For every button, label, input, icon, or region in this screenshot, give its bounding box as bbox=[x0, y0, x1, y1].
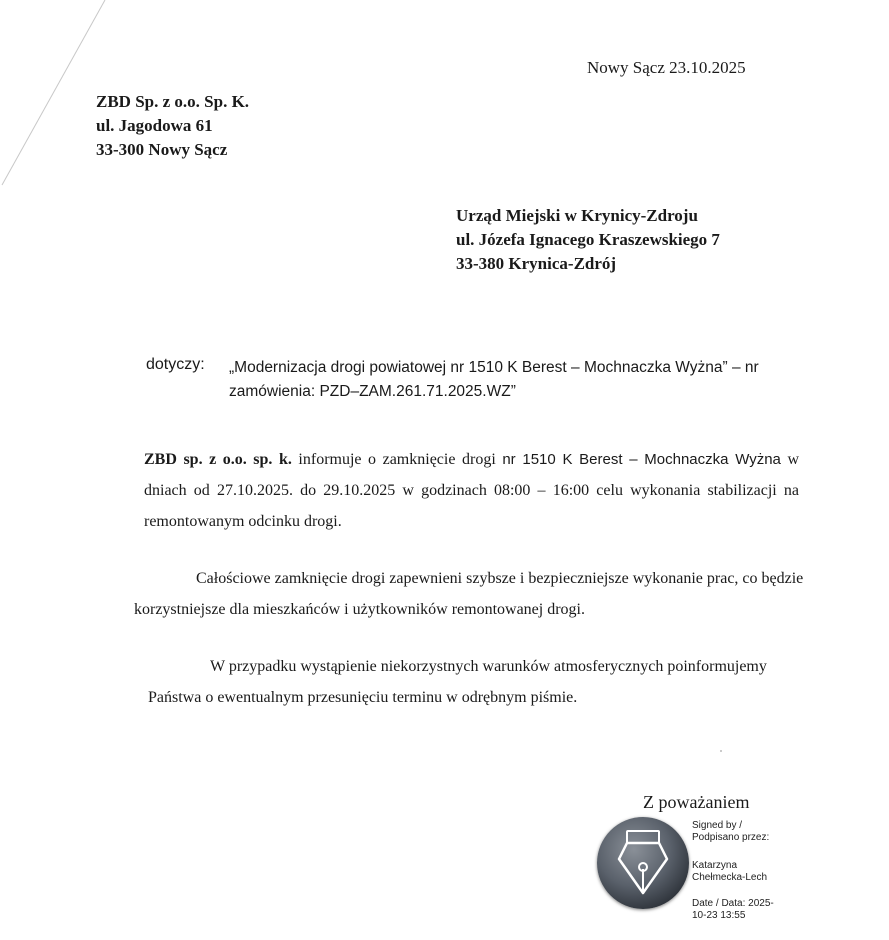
place-date: Nowy Sącz 23.10.2025 bbox=[587, 58, 746, 78]
subject-line: „Modernizacja drogi powiatowej nr 1510 K… bbox=[229, 356, 799, 380]
signed-by-line: Signed by / bbox=[692, 820, 769, 832]
sender-address: ZBD Sp. z o.o. Sp. K. ul. Jagodowa 61 33… bbox=[96, 90, 249, 162]
signed-by-line: Podpisano przez: bbox=[692, 832, 769, 844]
subject-text: „Modernizacja drogi powiatowej nr 1510 K… bbox=[229, 356, 799, 404]
road-name: nr 1510 K Berest – Mochnaczka Wyżna bbox=[502, 451, 781, 468]
paragraph-closure-notice: ZBD sp. z o.o. sp. k. informuje o zamkni… bbox=[144, 444, 799, 537]
fountain-pen-nib-icon bbox=[615, 829, 671, 897]
paragraph-text: informuje o zamknięcie drogi bbox=[292, 451, 502, 468]
company-name: ZBD sp. z o.o. sp. k. bbox=[144, 451, 292, 468]
signature-date-line: 10-23 13:55 bbox=[692, 910, 774, 922]
closing-salutation: Z poważaniem bbox=[643, 792, 749, 813]
signer-name-line: Katarzyna bbox=[692, 860, 767, 872]
paragraph-weather-notice: W przypadku wystąpienie niekorzystnych w… bbox=[148, 651, 808, 713]
scan-speck bbox=[720, 750, 722, 752]
recipient-line: 33-380 Krynica-Zdrój bbox=[456, 252, 720, 276]
subject-line: zamówienia: PZD–ZAM.261.71.2025.WZ” bbox=[229, 380, 799, 404]
signer-name-line: Chełmecka-Lech bbox=[692, 872, 767, 884]
recipient-line: ul. Józefa Ignacego Kraszewskiego 7 bbox=[456, 228, 720, 252]
signature-date: Date / Data: 2025- 10-23 13:55 bbox=[692, 898, 774, 922]
paragraph-text: W przypadku wystąpienie niekorzystnych w… bbox=[148, 658, 767, 706]
paragraph-text: Całościowe zamknięcie drogi zapewnieni s… bbox=[134, 570, 803, 618]
subject-label: dotyczy: bbox=[146, 356, 205, 374]
paragraph-justification: Całościowe zamknięcie drogi zapewnieni s… bbox=[134, 563, 804, 625]
electronic-signature-seal[interactable] bbox=[597, 817, 689, 909]
sender-line: ZBD Sp. z o.o. Sp. K. bbox=[96, 90, 249, 114]
signature-date-line: Date / Data: 2025- bbox=[692, 898, 774, 910]
sender-line: 33-300 Nowy Sącz bbox=[96, 138, 249, 162]
signed-by-label: Signed by / Podpisano przez: bbox=[692, 820, 769, 844]
recipient-address: Urząd Miejski w Krynicy-Zdroju ul. Józef… bbox=[456, 204, 720, 276]
sender-line: ul. Jagodowa 61 bbox=[96, 114, 249, 138]
recipient-line: Urząd Miejski w Krynicy-Zdroju bbox=[456, 204, 720, 228]
signer-name: Katarzyna Chełmecka-Lech bbox=[692, 860, 767, 884]
